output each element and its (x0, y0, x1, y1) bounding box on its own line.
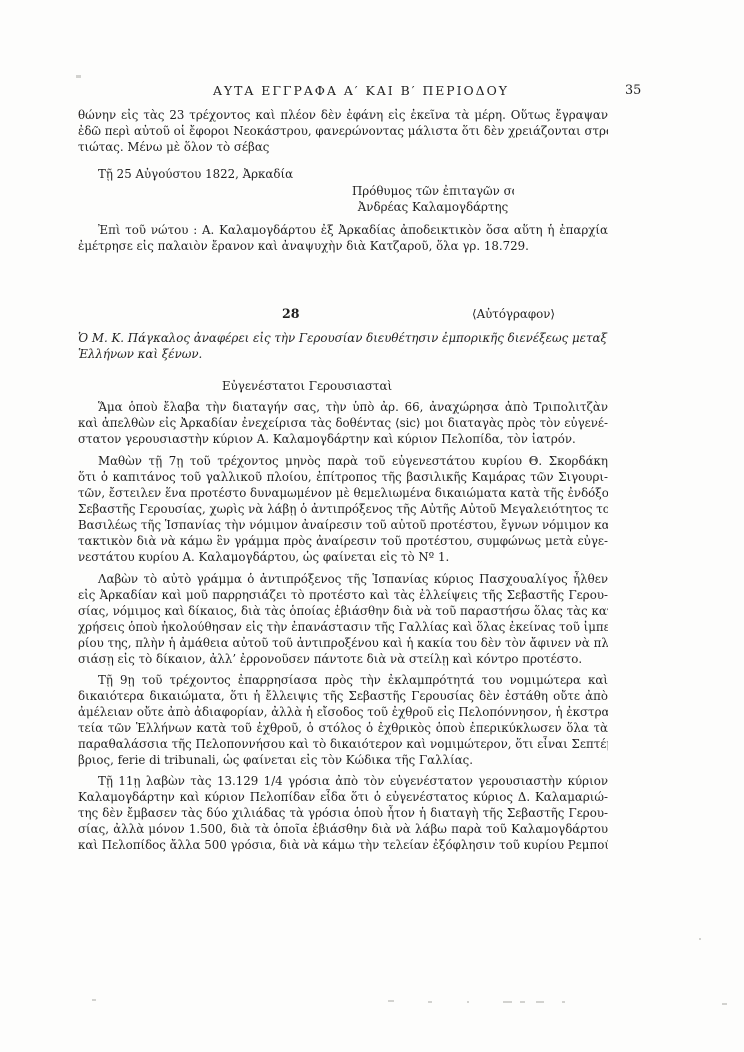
document-number: 28 (282, 306, 300, 322)
salutation: Εὐγενέστατοι Γερουσιασταὶ (222, 378, 392, 394)
text-line: Ἑλλήνων καὶ ξένων. (78, 346, 608, 362)
text-line: τεία τῶν Ἑλλήνων κατὰ τοῦ ἐχθροῦ, ὁ στόλ… (78, 720, 608, 736)
text-line: ἀμέλειαν οὔτε ἀπὸ ἀδιαφορίαν, ἀλλὰ ἡ εἴσ… (78, 704, 608, 720)
text-line: ἐδῶ περὶ αὐτοῦ οἱ ἔφοροι Νεοκάστρου, φαν… (78, 123, 608, 139)
text-line: χρήσεις ὁποὺ ἠκολούθησαν εἰς τὴν ἐπανάστ… (78, 619, 608, 635)
text-line: Πρόθυμος τῶν ἐπιταγῶν σας (352, 183, 514, 199)
text-line: εἰς Ἀρκαδίαν καὶ μοῦ παρρησιάζει τὸ προτ… (78, 587, 608, 603)
scan-artifact (503, 1001, 512, 1003)
text-line: Σεβαστῆς Γερουσίας, χωρὶς νὰ λάβῃ ὁ ἀντι… (78, 501, 608, 517)
verso-note: Ἐπὶ τοῦ νώτου : Α. Καλαμογδάρτου ἐξ Ἀρκα… (78, 222, 608, 254)
text-line: τῶν, ἔστειλεν ἕνα προτέστο δυναμωμένον μ… (78, 485, 608, 501)
document-summary: Ὁ Μ. Κ. Πάγκαλος ἀναφέρει εἰς τὴν Γερουσ… (78, 330, 608, 362)
text-line: Τῇ 11ῃ λαβὼν τὰς 13.129 1/4 γρόσια ἀπὸ τ… (78, 773, 608, 789)
text-line: Τῇ 9ῃ τοῦ τρέχοντος ἐπαρρησίασα πρὸς τὴν… (78, 672, 608, 688)
text-line: Ὁ Μ. Κ. Πάγκαλος ἀναφέρει εἰς τὴν Γερουσ… (78, 330, 608, 346)
text-line: θώνην εἰς τὰς 23 τρέχοντος καὶ πλέον δὲν… (78, 107, 608, 123)
text-line: στατον γερουσιαστὴν κύριον Α. Καλαμογδάρ… (78, 431, 608, 447)
text-line: Τῇ 25 Αὐγούστου 1822, Ἀρκαδία (78, 166, 608, 182)
text-line: βριος, ferie di tribunali, ὡς φαίνεται ε… (78, 752, 608, 768)
text-line: Μαθὼν τῇ 7ῃ τοῦ τρέχοντος μηνὸς παρὰ τοῦ… (78, 453, 608, 469)
document-annotation: ⟨Αὐτόγραφον⟩ (472, 306, 555, 322)
scan-artifact (536, 1001, 544, 1003)
body-paragraph-1: Ἅμα ὁποὺ ἔλαβα τὴν διαταγήν σας, τὴν ὑπὸ… (78, 399, 608, 447)
text-line: καὶ ἀπελθὼν εἰς Ἀρκαδίαν ἐνεχείρισα τὰς … (78, 415, 608, 431)
scan-artifact (428, 1001, 432, 1003)
text-line: ἐμέτρησε εἰς παλαιὸν ἔρανον καὶ ἀναψυχὴν… (78, 238, 608, 254)
text-line: Ἐπὶ τοῦ νώτου : Α. Καλαμογδάρτου ἐξ Ἀρκα… (78, 222, 608, 238)
scan-artifact (562, 1001, 565, 1003)
text-line: σίας, ἀλλὰ μόνον 1.500, διὰ τὰ ὁποῖα ἐβι… (78, 821, 608, 837)
scan-artifact (467, 1001, 469, 1003)
text-line: Καλαμογδάρτην καὶ κύριον Πελοπίδαν εἶδα … (78, 789, 608, 805)
scan-artifact (520, 1001, 525, 1003)
scan-artifact (76, 75, 81, 78)
text-line: της δὲν ἔμβασεν τὰς δύο χιλιάδας τὰ γρόσ… (78, 805, 608, 821)
body-paragraph-3: Λαβὼν τὸ αὐτὸ γράμμα ὁ ἀντιπρόξενος τῆς … (78, 571, 608, 667)
running-header-title: ΑΥΤΑ ΕΓΓΡΑΦΑ Α′ ΚΑΙ Β′ ΠΕΡΙΟΔΟΥ (213, 84, 509, 98)
text-line: τιώτας. Μένω μὲ ὅλον τὸ σέβας (78, 139, 608, 155)
text-line: δικαιότερα δικαιώματα, ὅτι ἡ ἔλλειψις τῆ… (78, 688, 608, 704)
text-line: τακτικὸν διὰ νὰ κάμω ἓν γράμμα πρὸς ἀναί… (78, 533, 608, 549)
scan-artifact (388, 1000, 394, 1002)
scan-artifact (699, 938, 701, 940)
text-line: Ἅμα ὁποὺ ἔλαβα τὴν διαταγήν σας, τὴν ὑπὸ… (78, 399, 608, 415)
text-line: νεστάτου κυρίου Α. Καλαμογδάρτου, ὡς φαί… (78, 549, 608, 565)
text-line: καὶ Πελοπίδος ἄλλα 500 γρόσια, διὰ νὰ κά… (78, 837, 608, 853)
text-line: ὅτι ὁ καπιτάνος τοῦ γαλλικοῦ πλοίου, ἐπί… (78, 469, 608, 485)
body-paragraph-4: Τῇ 9ῃ τοῦ τρέχοντος ἐπαρρησίασα πρὸς τὴν… (78, 672, 608, 768)
text-line: σίας, νόμιμος καὶ δίκαιος, διὰ τὰς ὁποία… (78, 603, 608, 619)
text-line: Ἀνδρέας Καλαμογδάρτης (352, 199, 514, 215)
text-line: σιάσῃ εἰς τὸ δίκαιον, ἀλλ’ ἐρρονοῦσεν πά… (78, 651, 608, 667)
body-paragraph-2: Μαθὼν τῇ 7ῃ τοῦ τρέχοντος μηνὸς παρὰ τοῦ… (78, 453, 608, 565)
scanned-book-page: ΑΥΤΑ ΕΓΓΡΑΦΑ Α′ ΚΑΙ Β′ ΠΕΡΙΟΔΟΥ 35 θώνην… (0, 0, 744, 1052)
page-number: 35 (625, 84, 641, 98)
text-line: ρίου της, πλὴν ἡ ἀμάθεια αὐτοῦ τοῦ ἀντιπ… (78, 635, 608, 651)
body-paragraph-5: Τῇ 11ῃ λαβὼν τὰς 13.129 1/4 γρόσια ἀπὸ τ… (78, 773, 608, 853)
previous-letter-body: θώνην εἰς τὰς 23 τρέχοντος καὶ πλέον δὲν… (78, 107, 608, 155)
text-line: Βασιλέως τῆς Ἱσπανίας τὴν νόμιμον ἀναίρε… (78, 517, 608, 533)
scan-artifact (722, 1003, 727, 1005)
scan-artifact (92, 999, 96, 1001)
text-line: παραθαλάσσια τῆς Πελοποννήσου καὶ τὸ δικ… (78, 736, 608, 752)
signature-block: Πρόθυμος τῶν ἐπιταγῶν σαςἈνδρέας Καλαμογ… (352, 183, 514, 215)
text-line: Λαβὼν τὸ αὐτὸ γράμμα ὁ ἀντιπρόξενος τῆς … (78, 571, 608, 587)
letter-dateline: Τῇ 25 Αὐγούστου 1822, Ἀρκαδία (78, 166, 608, 182)
